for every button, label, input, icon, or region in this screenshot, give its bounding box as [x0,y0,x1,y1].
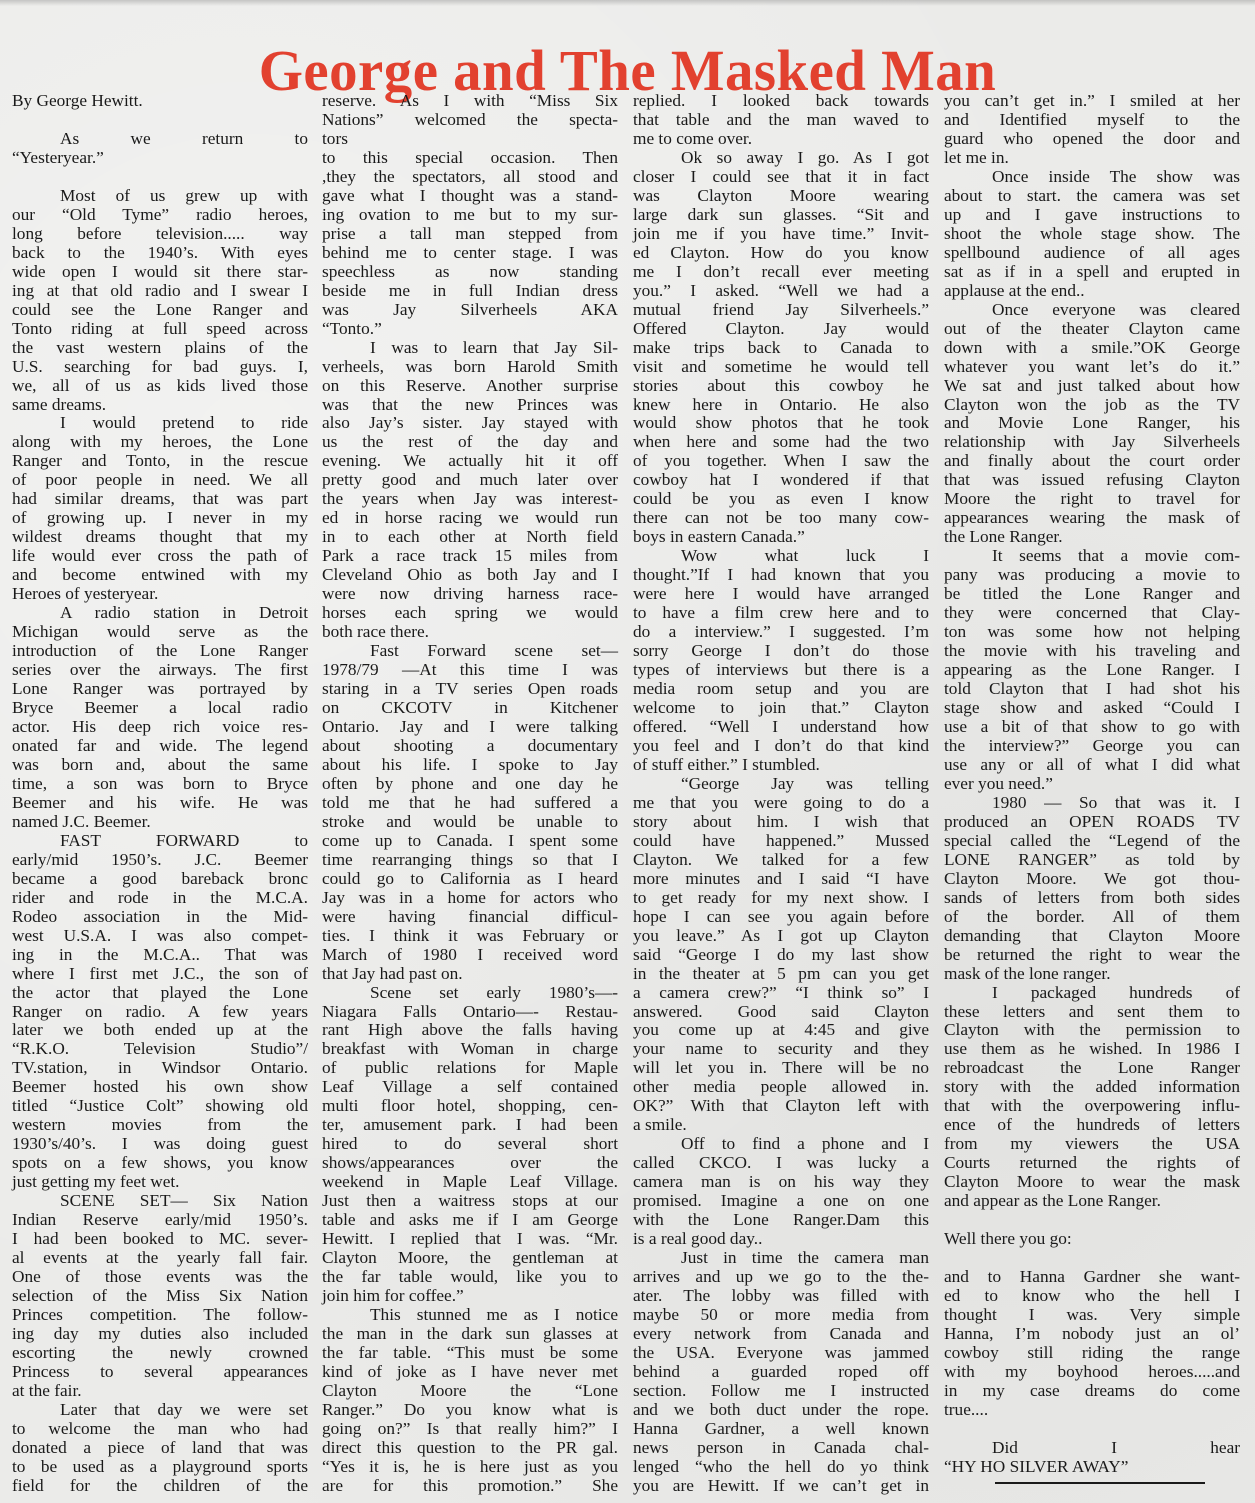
text-line: me to come over. [633,130,929,149]
text-line: staring in a TV series Open roads [322,680,618,699]
text-line: 1980 — So that was it. I [944,794,1240,813]
text-line: in to each other at North field [322,528,618,547]
text-line: could go to California as I heard [322,870,618,889]
text-line: was Jay Silverheels AKA [322,301,618,320]
text-line: Clayton Moore to wear the mask [944,1173,1240,1192]
text-line: in the theater at 5 pm can you get [633,965,929,984]
text-line: along with my heroes, the Lone [12,433,308,452]
text-line: of the border. All of them [944,908,1240,927]
text-line: titled “Justice Colt” showing old [12,1097,308,1116]
text-line: Clayton won the job as the TV [944,396,1240,415]
end-of-article-rule [995,1482,1205,1484]
text-line: ,they the spectators, all stood and [322,168,618,187]
text-line: stage show and asked “Could I [944,699,1240,718]
text-line: rant High above the falls having [322,1021,618,1040]
text-line: donated a piece of land that was [12,1439,308,1458]
text-line: you feel and I don’t do that kind [633,737,929,756]
text-line: of stuff either.” I stumbled. [633,756,929,775]
text-line: Scene set early 1980’s—- [322,984,618,1003]
text-line: Just then a waitress stops at our [322,1192,618,1211]
text-line: the USA. Everyone was jammed [633,1344,929,1363]
text-line: Park a race track 15 miles from [322,547,618,566]
text-line: ater. The lobby was filled with [633,1287,929,1306]
text-line: speechless as now standing [322,263,618,282]
text-line: Most of us grew up with [12,187,308,206]
text-line: do a interview.” I suggested. I’m [633,623,929,642]
text-line: down with a smile.”OK George [944,339,1240,358]
text-line: ed in horse racing we would run [322,509,618,528]
text-line: just getting my feet wet. [12,1173,308,1192]
text-line: Lone Ranger was portrayed by [12,680,308,699]
paragraph-spacer [12,111,308,130]
text-line: thought.”If I had known that you [633,566,929,585]
text-line: on CKCOTV in Kitchener [322,699,618,718]
text-line: guard who opened the door and [944,130,1240,149]
text-line: Did I hear [944,1439,1240,1458]
text-line: about to start. the camera was set [944,187,1240,206]
text-line: Once everyone was cleared [944,301,1240,320]
text-line: visit and sometime he would tell [633,358,929,377]
text-line: was that the new Princes was [322,396,618,415]
text-line: FAST FORWARD to [12,832,308,851]
text-line: cowboy still riding the range [944,1344,1240,1363]
text-line: 1978/79 —At this time I was [322,661,618,680]
text-line: where I first met J.C., the son of [12,965,308,984]
text-line: that Jay had past on. [322,965,618,984]
text-line: prise a tall man stepped from [322,225,618,244]
text-line: Hewitt. I replied that I was. “Mr. [322,1230,618,1249]
text-line: join me if you have time.” Invit- [633,225,929,244]
text-line: horses each spring we would [322,604,618,623]
text-line: Once inside The show was [944,168,1240,187]
text-line: called CKCO. I was lucky a [633,1154,929,1173]
text-line: use a bit of that show to go with [944,718,1240,737]
text-line: ties. I think it was February or [322,927,618,946]
text-line: me I don’t recall ever meeting [633,263,929,282]
text-line: true.... [944,1401,1240,1420]
text-line: named J.C. Beemer. [12,813,308,832]
text-line: Clayton Moore the “Lone [322,1382,618,1401]
text-line: let me in. [944,149,1240,168]
text-line: you come up at 4:45 and give [633,1021,929,1040]
text-line: we, all of us as kids lived those [12,377,308,396]
text-line: of poor people in need. We all [12,471,308,490]
text-line: breakfast with Woman in charge [322,1040,618,1059]
text-line: Ontario. Jay and I were talking [322,718,618,737]
text-line: Beemer and his wife. He was [12,794,308,813]
text-line: could be you as even I know [633,490,929,509]
text-line: I was to learn that Jay Sil- [322,339,618,358]
text-line: arrives and up we go to the the- [633,1268,929,1287]
text-line: direct this question to the PR gal. [322,1439,618,1458]
text-line: shows/appearances over the [322,1154,618,1173]
text-line: the actor that played the Lone [12,984,308,1003]
newspaper-page: George and The Masked Man By George Hewi… [0,0,1255,1503]
text-line: the years when Jay was interest- [322,490,618,509]
text-line: Cleveland Ohio as both Jay and I [322,566,618,585]
text-line: and finally about the court order [944,452,1240,471]
text-line: “Tonto.” [322,320,618,339]
text-line: same dreams. [12,396,308,415]
text-line: demanding that Clayton Moore [944,927,1240,946]
text-line: stories about this cowboy he [633,377,929,396]
text-line: out of the theater Clayton came [944,320,1240,339]
text-line: a camera crew?” “I think so” I [633,984,929,1003]
text-line: you.” I asked. “Well we had a [633,282,929,301]
article-column-3: replied. I looked back towardsthat table… [633,92,929,1496]
text-line: long before television..... way [12,225,308,244]
article-body: By George Hewitt.As we return to“Yestery… [12,92,1244,1492]
text-line: Bryce Beemer a local radio [12,699,308,718]
text-line: your name to security and they [633,1040,929,1059]
text-line: spots on a few shows, you know [12,1154,308,1173]
text-line: said “George I do my last show [633,946,929,965]
paragraph-spacer [944,1211,1240,1230]
text-line: me that you were going to do a [633,794,929,813]
text-line: back to the 1940’s. With eyes [12,244,308,263]
text-line: large dark sun glasses. “Sit and [633,206,929,225]
text-line: Nations” welcomed the specta- [322,111,618,130]
text-line: “George Jay was telling [633,775,929,794]
text-line: Rodeo association in the Mid- [12,908,308,927]
text-line: would show photos that he took [633,414,929,433]
text-line: were having financial difficul- [322,908,618,927]
text-line: “R.K.O. Television Studio”/ [12,1040,308,1059]
text-line: Courts returned the rights of [944,1154,1240,1173]
text-line: that with the overpowering influ- [944,1097,1240,1116]
text-line: Ranger and Tonto, in the rescue [12,452,308,471]
text-line: promised. Imagine a one on one [633,1192,929,1211]
text-line: pany was producing a movie to [944,566,1240,585]
text-line: were now driving harness race- [322,585,618,604]
paragraph-spacer [944,1249,1240,1268]
text-line: cowboy hat I wondered if that [633,471,929,490]
text-line: ing day my duties also included [12,1325,308,1344]
text-line: the far table. “This must be some [322,1344,618,1363]
text-line: be returned the right to wear the [944,946,1240,965]
text-line: Leaf Village a self contained [322,1078,618,1097]
text-line: and appear as the Lone Ranger. [944,1192,1240,1211]
text-line: It seems that a movie com- [944,547,1240,566]
text-line: OK?” With that Clayton left with [633,1097,929,1116]
text-line: ed to know who the hell I [944,1287,1240,1306]
text-line: Clayton. We talked for a few [633,851,929,870]
text-line: the movie with his traveling and [944,642,1240,661]
text-line: these letters and sent them to [944,1003,1240,1022]
text-line: the far table would, like you to [322,1268,618,1287]
text-line: I would pretend to ride [12,414,308,433]
text-line: ence of the hundreds of letters [944,1116,1240,1135]
text-line: ing ovation to me but to my sur- [322,206,618,225]
paragraph-spacer [944,1420,1240,1439]
text-line: to be used as a playground sports [12,1458,308,1477]
text-line: time rearranging things so that I [322,851,618,870]
text-line: Ranger.” Do you know what is [322,1401,618,1420]
text-line: March of 1980 I received word [322,946,618,965]
text-line: relationship with Jay Silverheels [944,433,1240,452]
text-line: and become entwined with my [12,566,308,585]
text-line: ton was some how not helping [944,623,1240,642]
text-line: to have a film crew here and to [633,604,929,623]
text-line: was born and, about the same [12,756,308,775]
text-line: to get ready for my next show. I [633,889,929,908]
text-line: Ranger on radio. A few years [12,1003,308,1022]
text-line: of public relations for Maple [322,1059,618,1078]
text-line: time, a son was born to Bryce [12,775,308,794]
text-line: Beemer hosted his own show [12,1078,308,1097]
text-line: wide open I would sit there star- [12,263,308,282]
text-line: Indian Reserve early/mid 1950’s. [12,1211,308,1230]
text-line: ter, amusement park. I had been [322,1116,618,1135]
text-line: verheels, was born Harold Smith [322,358,618,377]
text-line: kind of joke as I have never met [322,1363,618,1382]
text-line: rebroadcast the Lone Ranger [944,1059,1240,1078]
text-line: Fast Forward scene set— [322,642,618,661]
text-line: is a real good day.. [633,1230,929,1249]
text-line: also Jay’s sister. Jay stayed with [322,414,618,433]
text-line: One of those events was the [12,1268,308,1287]
text-line: from my viewers the USA [944,1135,1240,1154]
text-line: was Clayton Moore wearing [633,187,929,206]
text-line: us the rest of the day and [322,433,618,452]
text-line: wildest dreams thought that my [12,528,308,547]
text-line: life would ever cross the path of [12,547,308,566]
text-line: produced an OPEN ROADS TV [944,813,1240,832]
text-line: and to Hanna Gardner she want- [944,1268,1240,1287]
text-line: Clayton Moore. We got thou- [944,870,1240,889]
text-line: you can’t get in.” I smiled at her [944,92,1240,111]
text-line: ed Clayton. How do you know [633,244,929,263]
text-line: beside me in full Indian dress [322,282,618,301]
text-line: told me that he had suffered a [322,794,618,813]
text-line: reserve. As I with “Miss Six [322,92,618,111]
text-line: Off to find a phone and I [633,1135,929,1154]
article-column-1: By George Hewitt.As we return to“Yestery… [12,92,308,1496]
text-line: applause at the end.. [944,282,1240,301]
text-line: answered. Good said Clayton [633,1003,929,1022]
text-line: offered. “Well I understand how [633,718,929,737]
text-line: became a good bareback bronc [12,870,308,889]
text-line: “Yes it is, he is here just as you [322,1458,618,1477]
text-line: thought I was. Very simple [944,1306,1240,1325]
text-line: the interview?” George you can [944,737,1240,756]
text-line: mask of the lone ranger. [944,965,1240,984]
text-line: gave what I thought was a stand- [322,187,618,206]
text-line: could have happened.” Mussed [633,832,929,851]
text-line: and we both duct under the rope. [633,1401,929,1420]
text-line: I had been booked to MC. sever- [12,1230,308,1249]
text-line: By George Hewitt. [12,92,308,111]
text-line: U.S. searching for bad guys. I, [12,358,308,377]
text-line: with the Lone Ranger.Dam this [633,1211,929,1230]
text-line: series over the airways. The first [12,661,308,680]
text-line: you are Hewitt. If we can’t get in [633,1477,929,1496]
text-line: boys in eastern Canada.” [633,528,929,547]
text-line: weekend in Maple Leaf Village. [322,1173,618,1192]
text-line: on this Reserve. Another surprise [322,377,618,396]
text-line: and Movie Lone Ranger, his [944,414,1240,433]
text-line: A radio station in Detroit [12,604,308,623]
text-line: behind a guarded roped off [633,1363,929,1382]
text-line: the man in the dark sun glasses at [322,1325,618,1344]
text-line: 1930’s/40’s. I was doing guest [12,1135,308,1154]
text-line: escorting the newly crowned [12,1344,308,1363]
text-line: they were concerned that Clay- [944,604,1240,623]
text-line: be titled the Lone Ranger and [944,585,1240,604]
text-line: SCENE SET— Six Nation [12,1192,308,1211]
text-line: media room setup and you are [633,680,929,699]
text-line: Clayton Moore, the gentleman at [322,1249,618,1268]
text-line: closer I could see that it in fact [633,168,929,187]
text-line: come up to Canada. I spent some [322,832,618,851]
text-line: Just in time the camera man [633,1249,929,1268]
text-line: about shooting a documentary [322,737,618,756]
text-line: Clayton with the permission to [944,1021,1240,1040]
text-line: “Yesteryear.” [12,149,308,168]
text-line: more minutes and I said “I have [633,870,929,889]
text-line: make trips back to Canada to [633,339,929,358]
text-line: with my boyhood heroes.....and [944,1363,1240,1382]
text-line: stroke and would be unable to [322,813,618,832]
text-line: hope I can see you again before [633,908,929,927]
text-line: TV.station, in Windsor Ontario. [12,1059,308,1078]
text-line: Moore the right to travel for [944,490,1240,509]
text-line: will let you in. There will be no [633,1059,929,1078]
text-line: We sat and just talked about how [944,377,1240,396]
text-line: use any or all of what I did what [944,756,1240,775]
text-line: other media people allowed in. [633,1078,929,1097]
text-line: “HY HO SILVER AWAY” [944,1458,1240,1477]
text-line: special called the “Legend of the [944,832,1240,851]
text-line: use them as he wished. In 1986 I [944,1040,1240,1059]
text-line: LONE RANGER” as told by [944,851,1240,870]
text-line: that was issued refusing Clayton [944,471,1240,490]
text-line: Hanna, I’m nobody just an ol’ [944,1325,1240,1344]
text-line: tors [322,130,618,149]
text-line: actor. His deep rich voice res- [12,718,308,737]
text-line: replied. I looked back towards [633,92,929,111]
text-line: often by phone and one day he [322,775,618,794]
text-line: later we both ended up at the [12,1021,308,1040]
text-line: Heroes of yesteryear. [12,585,308,604]
text-line: a smile. [633,1116,929,1135]
text-line: Princes competition. The follow- [12,1306,308,1325]
text-line: spellbound audience of all ages [944,244,1240,263]
text-line: had similar dreams, that was part [12,490,308,509]
text-line: evening. We actually hit it off [322,452,618,471]
text-line: pretty good and much later over [322,471,618,490]
text-line: both race there. [322,623,618,642]
text-line: to welcome the man who had [12,1420,308,1439]
text-line: story with the added information [944,1078,1240,1097]
text-line: the Lone Ranger. [944,528,1240,547]
text-line: Tonto riding at full speed across [12,320,308,339]
text-line: lenged “who the hell do yo think [633,1458,929,1477]
text-line: in my case dreams do come [944,1382,1240,1401]
text-line: at the fair. [12,1382,308,1401]
text-line: that table and the man waved to [633,111,929,130]
text-line: going on?” Is that really him?” I [322,1420,618,1439]
text-line: types of interviews but there is a [633,661,929,680]
text-line: onated far and wide. The legend [12,737,308,756]
text-line: knew here in Ontario. He also [633,396,929,415]
text-line: whatever you want let’s do it.” [944,358,1240,377]
text-line: camera man is on his way they [633,1173,929,1192]
text-line: As we return to [12,130,308,149]
text-line: story about him. I wish that [633,813,929,832]
text-line: ever you need.” [944,775,1240,794]
text-line: This stunned me as I notice [322,1306,618,1325]
text-line: appearances wearing the mask of [944,509,1240,528]
paragraph-spacer [12,168,308,187]
text-line: shoot the whole stage show. The [944,225,1240,244]
text-line: hired to do several short [322,1135,618,1154]
text-line: maybe 50 or more media from [633,1306,929,1325]
text-line: are for this promotion.” She [322,1477,618,1496]
text-line: rider and rode in the M.C.A. [12,889,308,908]
text-line: the vast western plains of the [12,339,308,358]
text-line: Later that day we were set [12,1401,308,1420]
text-line: join him for coffee.” [322,1287,618,1306]
text-line: told Clayton that I had shot his [944,680,1240,699]
text-line: of growing up. I never in my [12,509,308,528]
text-line: about his life. I spoke to Jay [322,756,618,775]
text-line: I packaged hundreds of [944,984,1240,1003]
text-line: Jay was in a home for actors who [322,889,618,908]
text-line: sorry George I don’t do those [633,642,929,661]
text-line: there can not be too many cow- [633,509,929,528]
text-line: western movies from the [12,1116,308,1135]
text-line: Niagara Falls Ontario—- Restau- [322,1003,618,1022]
text-line: appearing as the Lone Ranger. I [944,661,1240,680]
text-line: could see the Lone Ranger and [12,301,308,320]
text-line: early/mid 1950’s. J.C. Beemer [12,851,308,870]
text-line: Princess to several appearances [12,1363,308,1382]
text-line: west U.S.A. I was also compet- [12,927,308,946]
text-line: and Identified myself to the [944,111,1240,130]
text-line: behind me to center stage. I was [322,244,618,263]
text-line: Wow what luck I [633,547,929,566]
text-line: field for the children of the [12,1477,308,1496]
text-line: selection of the Miss Six Nation [12,1287,308,1306]
text-line: Well there you go: [944,1230,1240,1249]
text-line: welcome to join that.” Clayton [633,699,929,718]
text-line: multi floor hotel, shopping, cen- [322,1097,618,1116]
text-line: Michigan would serve as the [12,623,308,642]
text-line: mutual friend Jay Silverheels.” [633,301,929,320]
text-line: table and asks me if I am George [322,1211,618,1230]
text-line: Ok so away I go. As I got [633,149,929,168]
article-column-2: reserve. As I with “Miss SixNations” wel… [322,92,618,1496]
scan-edge-shadow [0,0,1255,6]
text-line: ing at that old radio and I swear I [12,282,308,301]
text-line: introduction of the Lone Ranger [12,642,308,661]
text-line: section. Follow me I instructed [633,1382,929,1401]
text-line: were here I would have arranged [633,585,929,604]
text-line: our “Old Tyme” radio heroes, [12,206,308,225]
article-column-4: you can’t get in.” I smiled at herand Id… [944,92,1240,1477]
text-line: up and I gave instructions to [944,206,1240,225]
text-line: you leave.” As I got up Clayton [633,927,929,946]
text-line: ing in the M.C.A.. That was [12,946,308,965]
text-line: when here and some had the two [633,433,929,452]
text-line: every network from Canada and [633,1325,929,1344]
text-line: sat as if in a spell and erupted in [944,263,1240,282]
text-line: of you together. When I saw the [633,452,929,471]
text-line: sands of letters from both sides [944,889,1240,908]
text-line: to this special occasion. Then [322,149,618,168]
text-line: al events at the yearly fall fair. [12,1249,308,1268]
